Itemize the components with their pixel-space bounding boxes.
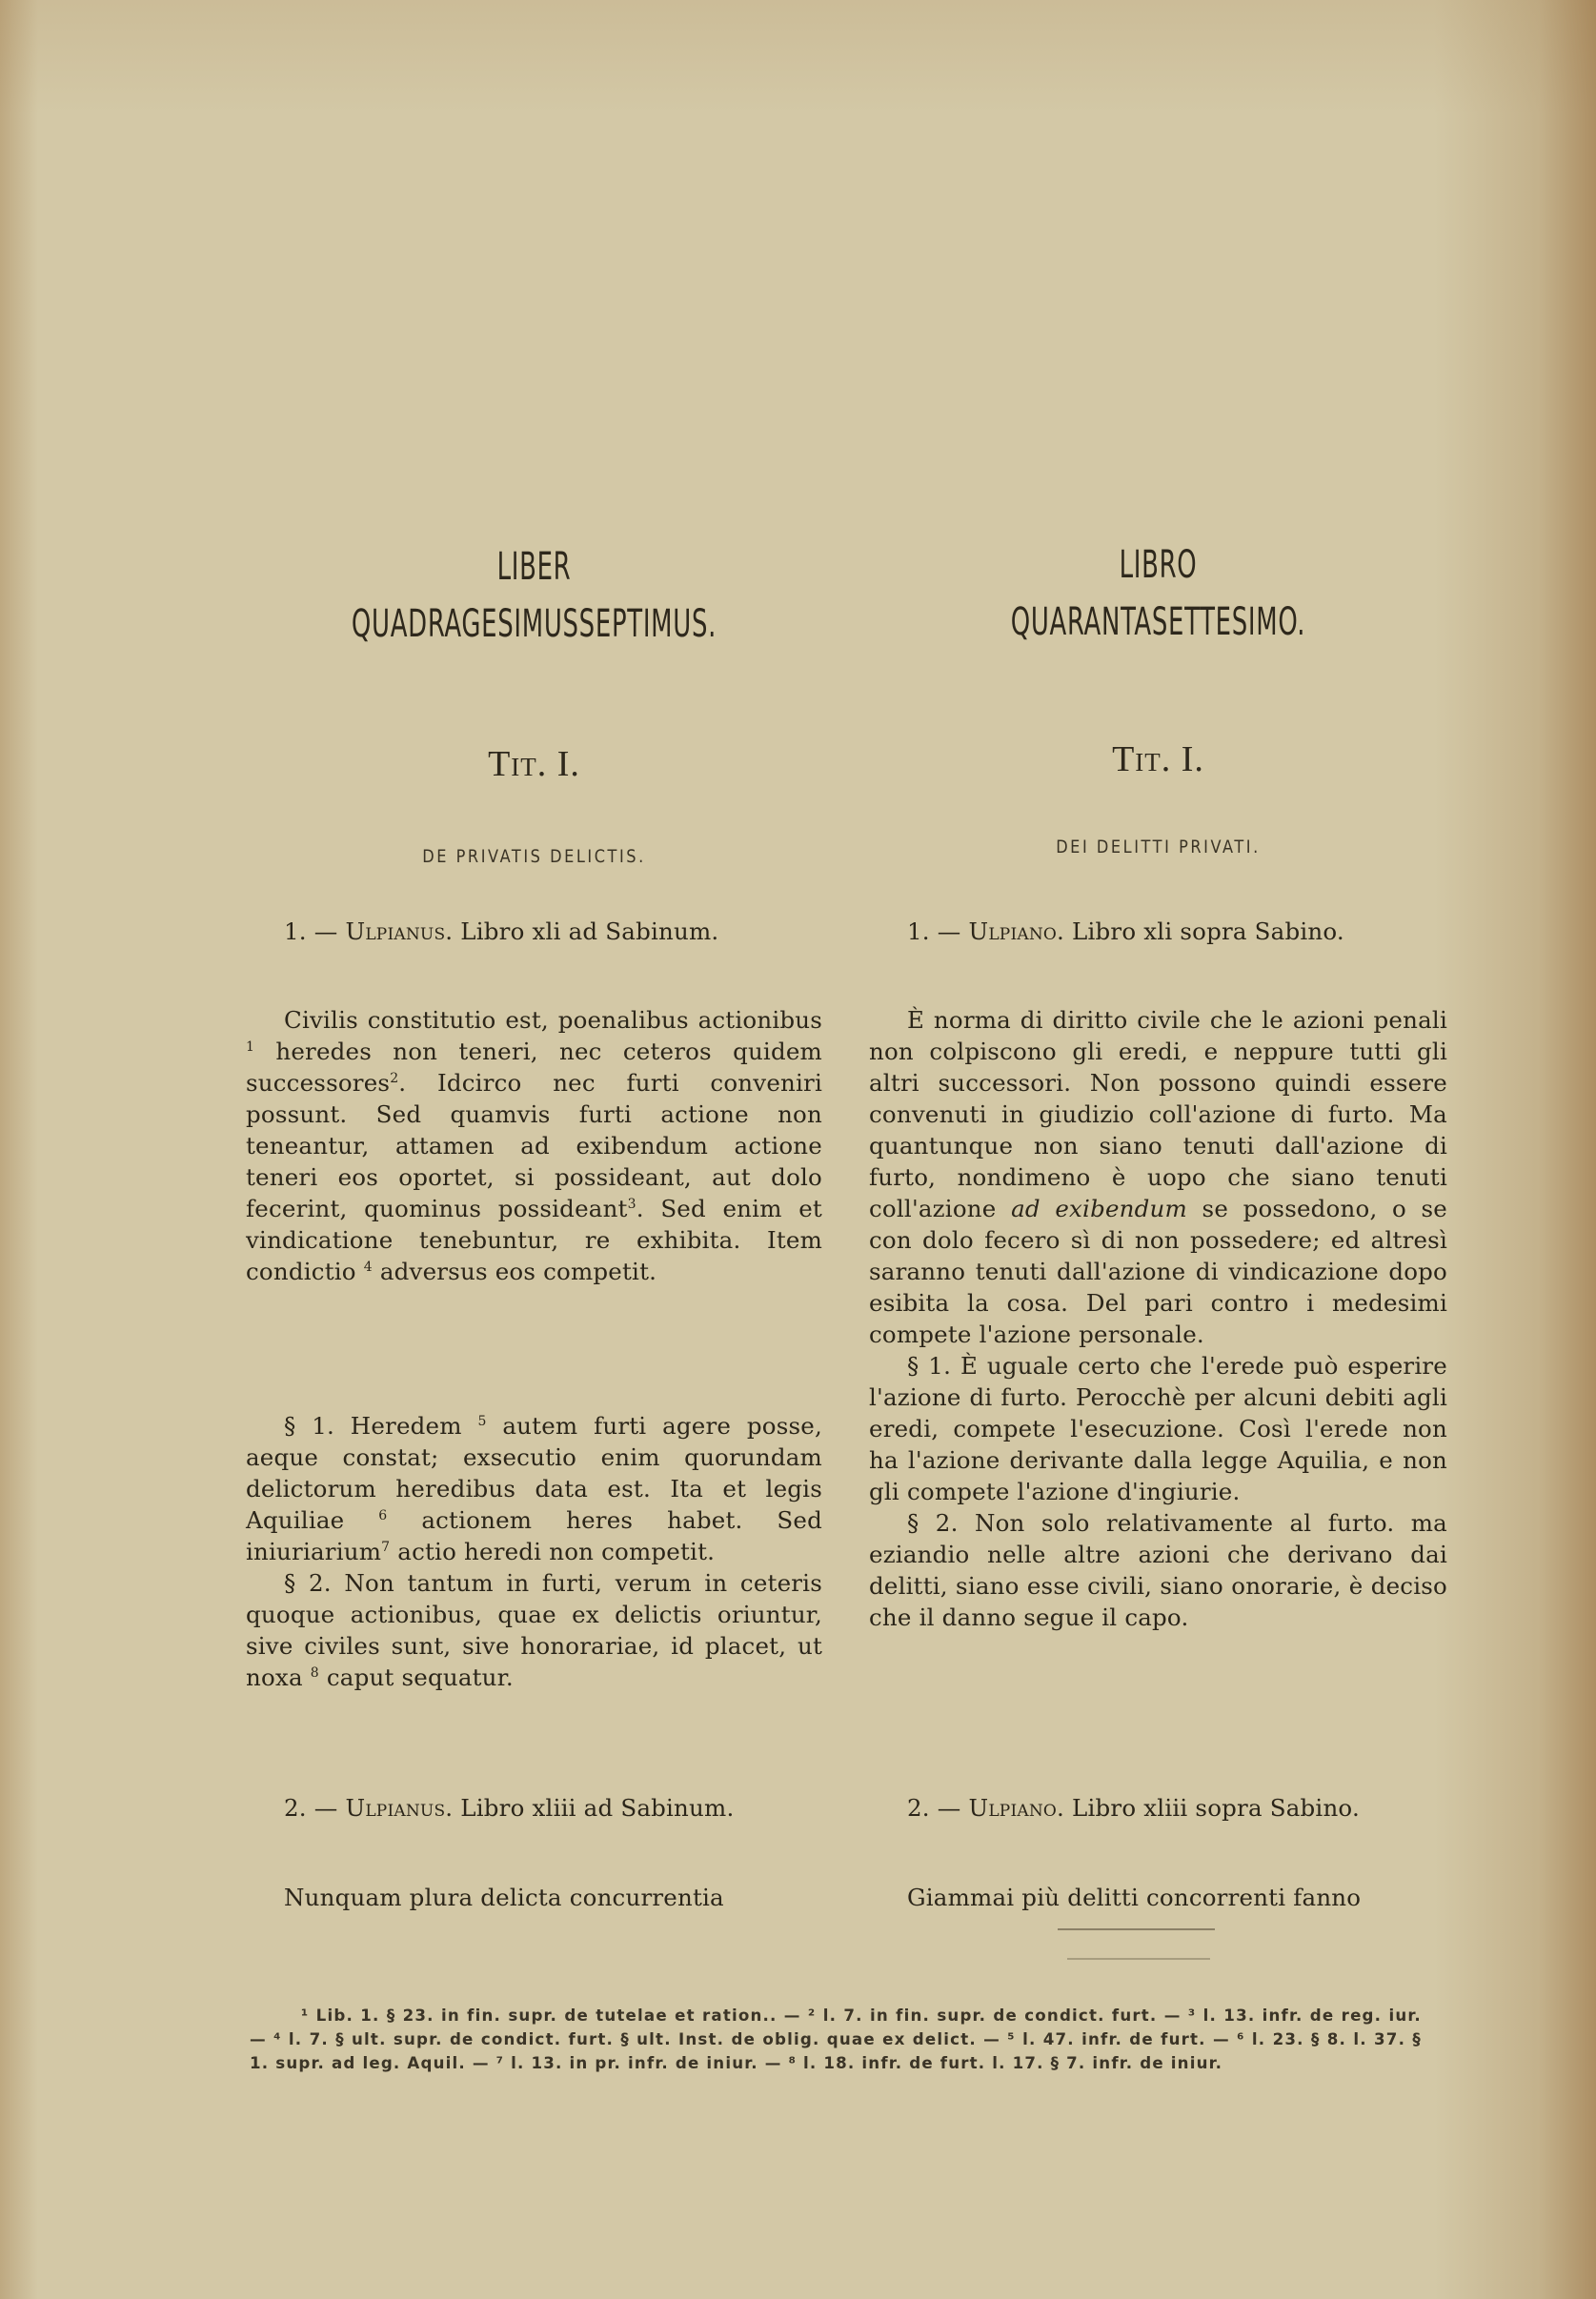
- section-mark: § 1.: [284, 1412, 334, 1440]
- italian-rubric: DEI DELITTI PRIVATI.: [913, 837, 1404, 857]
- footnote-divider: [1058, 1928, 1215, 1930]
- fragment-source: Libro xli ad Sabinum.: [460, 918, 718, 945]
- footnote-ref[interactable]: 7: [381, 1540, 390, 1555]
- text-run: caput sequatur.: [327, 1664, 514, 1691]
- italian-book-title-line2: QUARANTASETTESIMO.: [950, 594, 1366, 651]
- footnote-ref[interactable]: 2: [390, 1071, 398, 1086]
- latin-book-title: LIBER QUADRAGESIMUSSEPTIMUS.: [327, 538, 742, 653]
- fragment-author: Ulpianus.: [345, 1794, 453, 1822]
- latin-paragraph3: Nunquam plura delicta concurrentia: [246, 1882, 822, 1913]
- italian-book-title-line1: LIBRO: [950, 536, 1366, 594]
- latin-section2: § 2. Non tantum in furti, verum in ceter…: [246, 1567, 822, 1693]
- italian-title-number: Tit. I.: [869, 738, 1447, 780]
- latin-sections: § 1. Heredem 5 autem furti agere posse, …: [246, 1410, 822, 1693]
- fragment-author: Ulpianus.: [345, 918, 453, 945]
- footnote-ref[interactable]: 8: [311, 1665, 319, 1681]
- italian-fragment2-heading: 2. — Ulpiano. Libro xliii sopra Sabino.: [869, 1792, 1447, 1824]
- fragment-number: 1. —: [284, 918, 337, 945]
- text-run: È uguale certo che l'erede può esperire …: [869, 1352, 1447, 1505]
- footnote-ref[interactable]: 5: [477, 1414, 486, 1429]
- book-page: LIBER QUADRAGESIMUSSEPTIMUS. Tit. I. DE …: [0, 0, 1596, 2299]
- fragment-author: Ulpiano.: [968, 1794, 1064, 1822]
- latin-fragment2-heading: 2. — Ulpianus. Libro xliii ad Sabinum.: [246, 1792, 822, 1824]
- latin-fragment1-heading: 1. — Ulpianus. Libro xli ad Sabinum.: [246, 916, 822, 947]
- italian-section2: § 2. Non solo relativamente al furto. ma…: [869, 1507, 1447, 1633]
- footnote-ref[interactable]: 4: [364, 1260, 373, 1275]
- italian-section1: § 1. È uguale certo che l'erede può espe…: [869, 1350, 1447, 1507]
- footnote-ref[interactable]: 1: [246, 1039, 254, 1055]
- section-mark: § 1.: [907, 1352, 951, 1380]
- latin-book-title-line2: QUADRAGESIMUSSEPTIMUS.: [327, 595, 742, 653]
- footnotes-text: ¹ Lib. 1. § 23. in fin. supr. de tutelae…: [250, 2005, 1422, 2076]
- latin-rubric: DE PRIVATIS DELICTIS.: [289, 846, 778, 867]
- italian-fragment1-heading: 1. — Ulpiano. Libro xli sopra Sabino.: [869, 916, 1447, 947]
- text-run: È norma di diritto civile che le azioni …: [869, 1006, 1447, 1222]
- footnote-divider-secondary: [1067, 1958, 1210, 1960]
- fragment-number: 2. —: [907, 1794, 960, 1822]
- fragment-author: Ulpiano.: [968, 918, 1064, 945]
- footnote-ref[interactable]: 3: [628, 1197, 636, 1212]
- latin-paragraph1: Civilis constitutio est, poenalibus acti…: [246, 1004, 822, 1287]
- latin-book-title-line1: LIBER: [327, 538, 742, 595]
- italian-book-title: LIBRO QUARANTASETTESIMO.: [950, 536, 1366, 651]
- text-run: Civilis constitutio est, poenalibus acti…: [284, 1006, 822, 1034]
- italic-phrase: ad exibendum: [1011, 1195, 1187, 1222]
- latin-section1: § 1. Heredem 5 autem furti agere posse, …: [246, 1410, 822, 1567]
- italian-paragraph1: È norma di diritto civile che le azioni …: [869, 1004, 1447, 1633]
- fragment-source: Libro xli sopra Sabino.: [1072, 918, 1344, 945]
- footnotes: ¹ Lib. 1. § 23. in fin. supr. de tutelae…: [250, 2005, 1422, 2076]
- section-mark: § 2.: [907, 1509, 959, 1537]
- footnote-ref[interactable]: 6: [378, 1508, 387, 1523]
- fragment-source: Libro xliii sopra Sabino.: [1072, 1794, 1360, 1822]
- italian-paragraph3: Giammai più delitti concorrenti fanno: [869, 1882, 1447, 1913]
- text-run: actio heredi non competit.: [397, 1538, 715, 1565]
- fragment-number: 1. —: [907, 918, 960, 945]
- text-run: Heredem: [351, 1412, 462, 1440]
- section-mark: § 2.: [284, 1569, 332, 1597]
- fragment-number: 2. —: [284, 1794, 337, 1822]
- fragment-source: Libro xliii ad Sabinum.: [460, 1794, 734, 1822]
- latin-title-number: Tit. I.: [246, 743, 822, 785]
- text-run: adversus eos competit.: [380, 1258, 657, 1285]
